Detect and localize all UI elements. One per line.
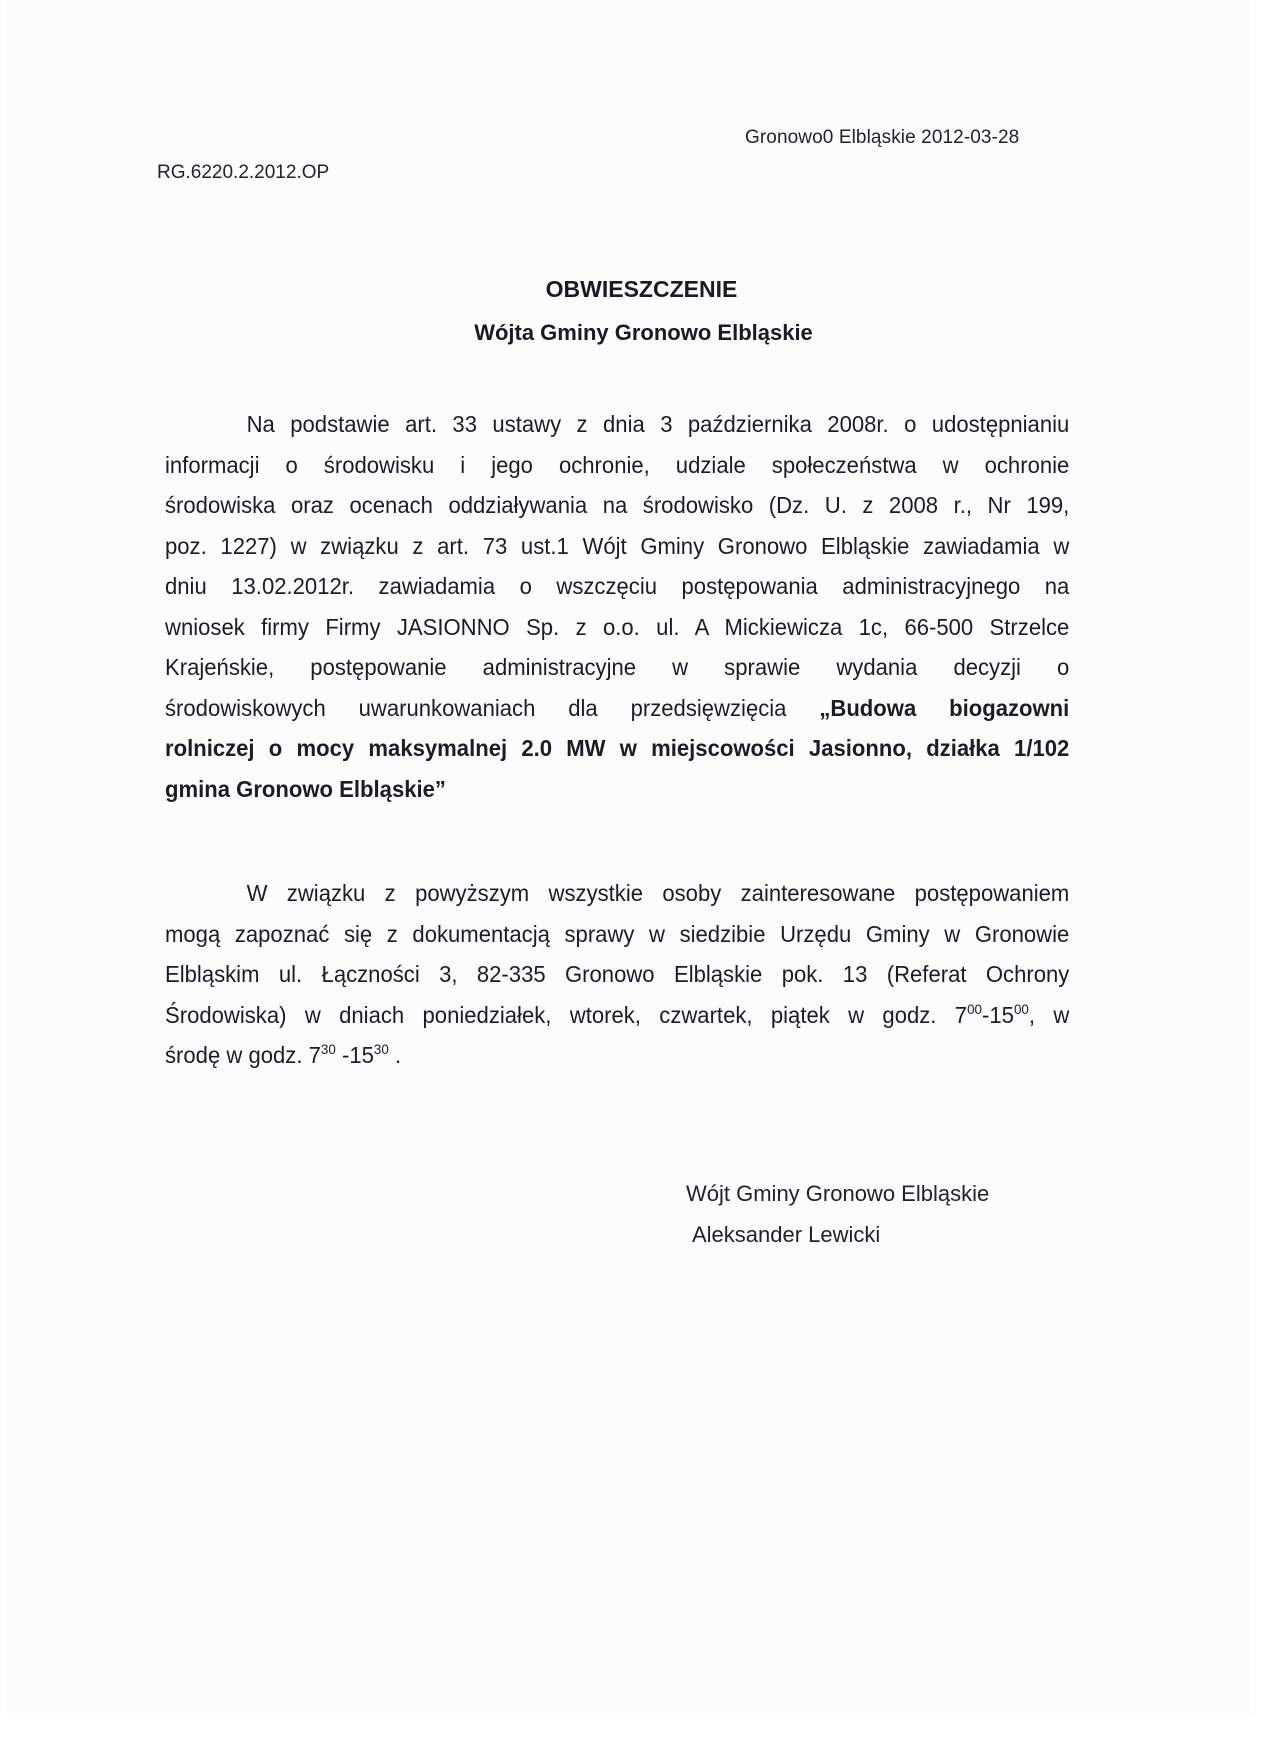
paragraph-line: dniu 13.02.2012r. zawiadamia o wszczęciu… <box>165 566 1069 607</box>
title-text: OBWIESZCZENIE <box>546 276 738 303</box>
paragraph-line: środowiskowych uwarunkowaniach dla przed… <box>165 688 1069 729</box>
hour-superscript: 00 <box>967 1001 982 1017</box>
paragraph-line: W związku z powyższym wszystkie osoby za… <box>165 873 1069 914</box>
hour-superscript: 00 <box>1014 1001 1029 1017</box>
paragraph-line: rolniczej o mocy maksymalnej 2.0 MW w mi… <box>165 728 1069 769</box>
hour-superscript: 30 <box>321 1041 336 1057</box>
paragraph-line: Elbląskim ul. Łączności 3, 82-335 Gronow… <box>165 954 1069 995</box>
paragraph-line: poz. 1227) w związku z art. 73 ust.1 Wój… <box>165 526 1069 567</box>
hour-superscript: 30 <box>374 1041 389 1057</box>
paragraph-line: Środowiska) w dniach poniedziałek, wtore… <box>165 995 1069 1036</box>
project-name-middle: rolniczej o mocy maksymalnej 2.0 MW w mi… <box>165 735 1069 761</box>
paragraph-line: Na podstawie art. 33 ustawy z dnia 3 paź… <box>165 404 1069 445</box>
reference-number: RG.6220.2.2012.OP <box>157 162 329 184</box>
line-text: środę w godz. 7 <box>165 1042 321 1068</box>
project-name-end: gmina Gronowo Elbląskie” <box>165 776 446 802</box>
document-subtitle: Wójta Gminy Gronowo Elbląskie <box>0 320 1275 346</box>
paragraph-line: gmina Gronowo Elbląskie” <box>165 769 1069 810</box>
project-name-start: „Budowa biogazowni <box>819 695 1069 721</box>
paragraph-line: Krajeńskie, postępowanie administracyjne… <box>165 647 1069 688</box>
line-text: Środowiska) w dniach poniedziałek, wtore… <box>165 1002 967 1028</box>
line-text: . <box>389 1042 401 1068</box>
paragraph-line: środowiska oraz ocenach oddziaływania na… <box>165 485 1069 526</box>
signature-name: Aleksander Lewicki <box>692 1222 880 1248</box>
paragraph-line: informacji o środowisku i jego ochronie,… <box>165 445 1069 486</box>
place-and-date: Gronowo0 Elbląskie 2012-03-28 <box>745 127 1019 149</box>
line-text: , w <box>1029 1002 1069 1028</box>
paragraph-line: wniosek firmy Firmy JASIONNO Sp. z o.o. … <box>165 607 1069 648</box>
line-text: -15 <box>982 1002 1014 1028</box>
notice-paragraph-2: W związku z powyższym wszystkie osoby za… <box>165 873 1069 1076</box>
scanned-page <box>6 0 1251 1716</box>
signature-office: Wójt Gminy Gronowo Elbląskie <box>686 1181 989 1207</box>
line-text: środowiskowych uwarunkowaniach dla przed… <box>165 695 819 721</box>
subtitle-text: Wójta Gminy Gronowo Elbląskie <box>474 320 813 346</box>
line-text: -15 <box>336 1042 374 1068</box>
document-title: OBWIESZCZENIE <box>0 276 1275 303</box>
notice-paragraph-1: Na podstawie art. 33 ustawy z dnia 3 paź… <box>165 404 1069 809</box>
paragraph-line: mogą zapoznać się z dokumentacją sprawy … <box>165 914 1069 955</box>
paragraph-line: środę w godz. 730 -1530 . <box>165 1035 1069 1076</box>
